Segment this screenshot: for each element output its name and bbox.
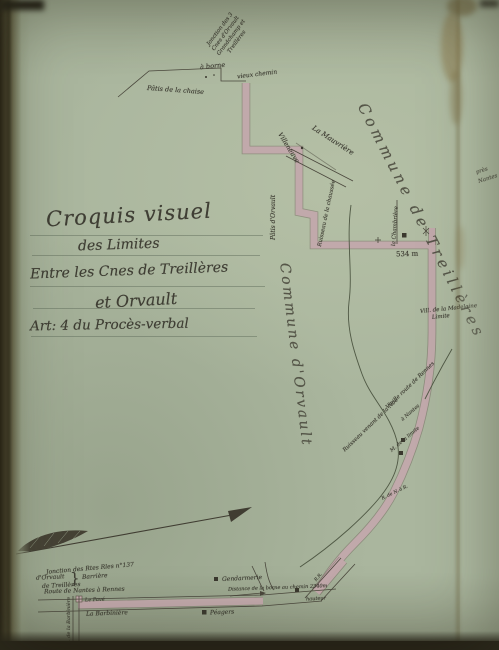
map-title-line2: des Limites xyxy=(78,236,160,255)
building-marker xyxy=(399,451,403,455)
borne-dot xyxy=(301,147,303,149)
binding-edge xyxy=(0,0,30,650)
gendarmerie-marker xyxy=(214,577,218,581)
binding-crease xyxy=(7,0,10,650)
building-marker xyxy=(202,610,207,615)
bottom-shadow xyxy=(0,631,499,641)
paper-stain xyxy=(450,70,462,125)
boundary-road xyxy=(76,83,432,605)
building-marker xyxy=(402,233,407,238)
bottom-dark-edge xyxy=(0,641,499,650)
scanned-map-page: Croquis visuel des Limites Entre les Cne… xyxy=(0,0,499,650)
north-arrow-head xyxy=(228,507,252,522)
page-corner-dark xyxy=(0,0,44,10)
legend-orvault-line: d'Orvault xyxy=(36,573,65,581)
distance-534-label: 534 m xyxy=(396,250,419,259)
fold-right-strip xyxy=(460,0,499,650)
le-pave-label: Le Pavé xyxy=(85,597,105,604)
ink-lines xyxy=(38,68,429,649)
north-arrow xyxy=(16,507,252,554)
borne-dot xyxy=(213,74,215,76)
barbiniere-label: La Barbinière xyxy=(86,609,128,617)
building-markers xyxy=(202,74,407,614)
paper-stain xyxy=(441,12,463,82)
map-title-line5: Art: 4 du Procès-verbal xyxy=(30,316,189,335)
road-edge xyxy=(305,558,341,598)
paper-stain xyxy=(456,225,465,270)
peagers-label: Péagers xyxy=(210,609,234,617)
patis-orvault-label: Pâtis d'Orvault xyxy=(270,195,277,240)
borne-dot xyxy=(205,76,207,78)
hauteur-label: hauteur xyxy=(306,595,326,602)
legend-brace: } xyxy=(70,569,80,587)
